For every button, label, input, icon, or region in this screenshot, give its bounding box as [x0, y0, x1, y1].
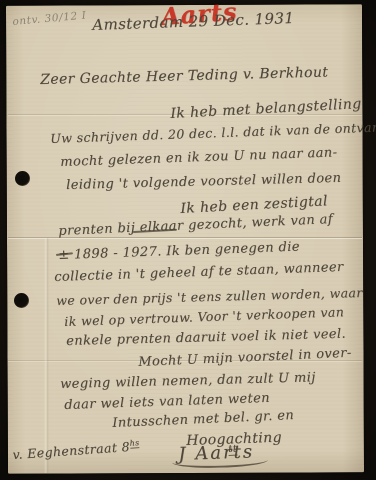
punch-hole: [15, 171, 30, 186]
vertical-crease: [44, 238, 49, 473]
letter-scan: ontv. 30/12 I Aarts Amsterdam 29 Dec. 19…: [0, 0, 376, 480]
punch-hole: [14, 293, 29, 308]
sender-address-suffix: hs: [129, 438, 139, 449]
